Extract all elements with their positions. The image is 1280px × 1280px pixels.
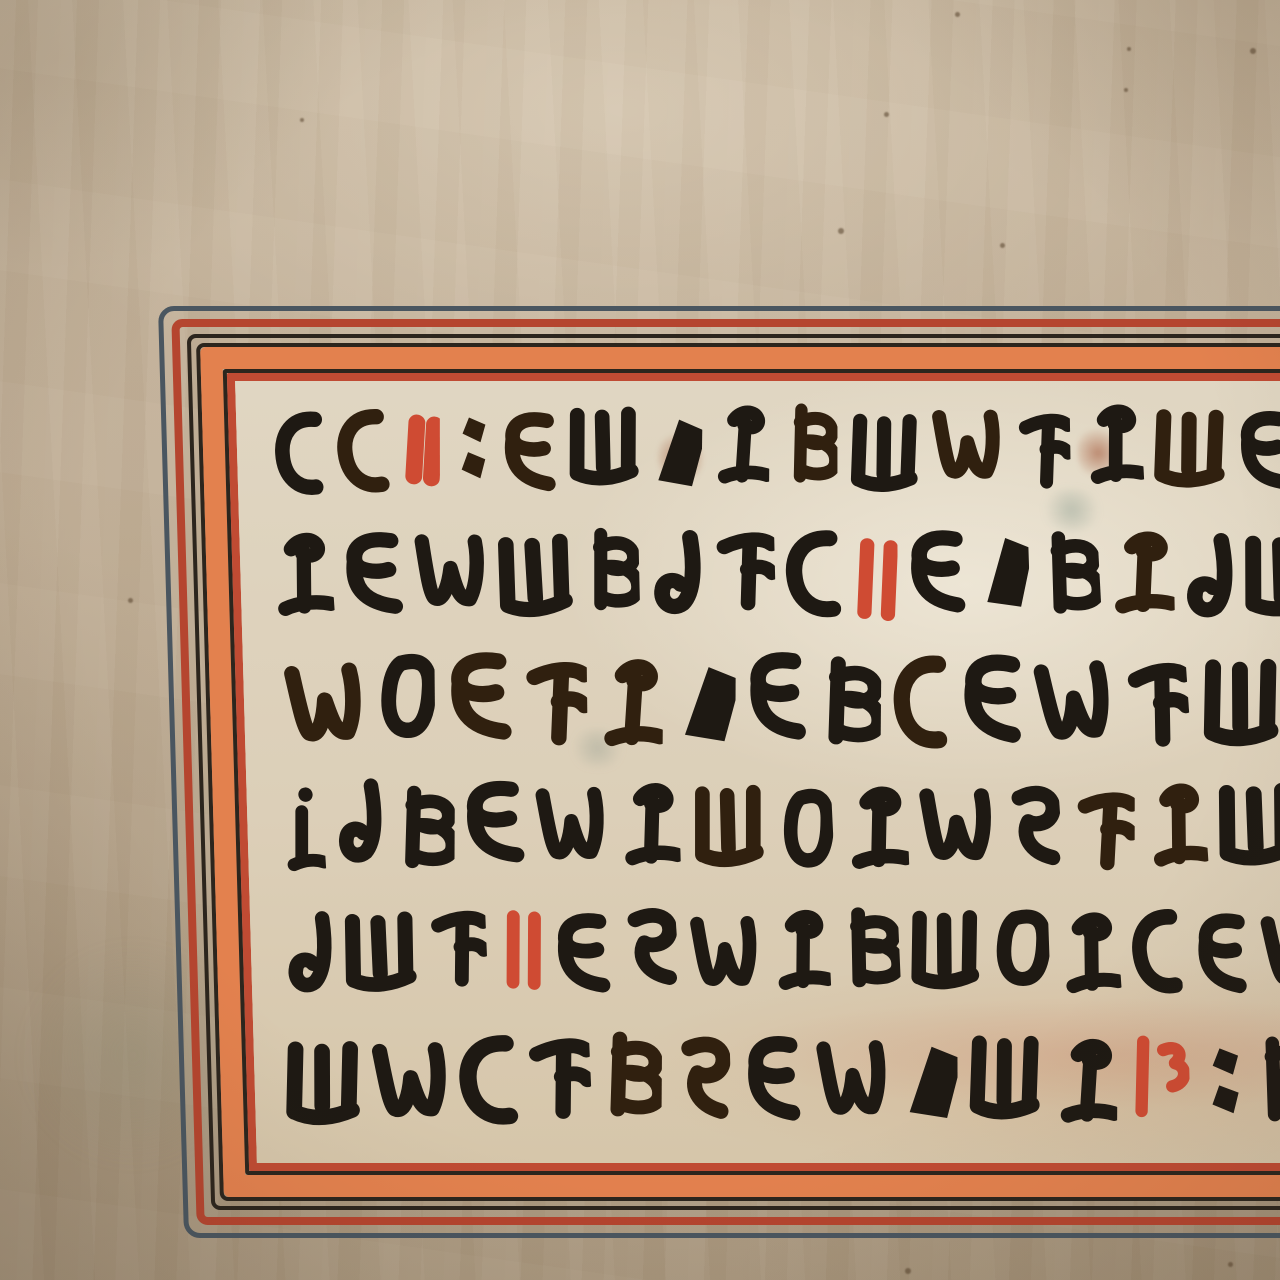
script-glyph — [1193, 908, 1249, 1002]
script-glyph — [531, 778, 608, 874]
script-glyph — [282, 1032, 361, 1133]
orange-paint-chip — [235, 539, 239, 585]
manuscript-panel — [158, 306, 1280, 1238]
script-glyph — [957, 646, 1024, 751]
script-glyph — [518, 651, 588, 755]
script-glyph — [928, 400, 1003, 494]
script-glyph — [331, 404, 390, 498]
paper-speck — [884, 112, 889, 117]
script-glyph — [712, 399, 771, 493]
script-glyph — [564, 400, 640, 493]
script-glyph — [616, 778, 681, 874]
border-black-line-1 — [187, 334, 1280, 1210]
script-glyph — [442, 645, 514, 749]
paper-speck — [1228, 1262, 1233, 1267]
script-glyph — [836, 903, 901, 997]
paper-speck — [838, 228, 844, 234]
script-glyph — [266, 527, 336, 625]
script-glyph — [1196, 1030, 1245, 1129]
script-line — [263, 386, 1280, 512]
script-glyph — [597, 1026, 662, 1127]
script-glyph — [1106, 526, 1175, 623]
script-glyph — [615, 903, 681, 998]
red-danda-mark — [396, 404, 440, 497]
red-danda-mark — [847, 530, 898, 627]
script-glyph — [1037, 526, 1102, 623]
script-glyph — [499, 406, 557, 500]
script-glyph — [646, 526, 704, 623]
script-glyph — [781, 525, 841, 621]
red-danda-mark — [1126, 1028, 1190, 1127]
script-glyph — [373, 645, 436, 749]
script-glyph — [848, 405, 920, 500]
script-glyph — [907, 903, 980, 997]
script-glyph — [1053, 1032, 1117, 1133]
paper-speck — [1000, 243, 1005, 248]
script-glyph — [768, 905, 831, 999]
script-glyph — [458, 775, 526, 873]
script-glyph — [581, 523, 641, 619]
script-glyph — [339, 905, 419, 999]
border-slate-line — [158, 306, 1280, 1238]
border-black-line-3 — [223, 369, 1280, 1175]
paper-speck — [1127, 47, 1131, 51]
script-glyph — [974, 523, 1031, 619]
script-glyph — [273, 780, 327, 878]
script-glyph — [410, 524, 487, 623]
script-glyph — [1239, 527, 1280, 623]
script-glyph — [814, 650, 881, 755]
script-glyph — [669, 1031, 731, 1130]
manuscript-interior — [235, 381, 1280, 1163]
script-glyph — [1151, 401, 1227, 496]
script-glyph — [367, 1033, 450, 1132]
script-glyph — [454, 1030, 518, 1129]
script-glyph — [774, 781, 835, 878]
paper-speck — [1250, 48, 1256, 54]
script-glyph — [1213, 776, 1280, 873]
script-glyph — [1199, 650, 1279, 754]
script-glyph — [890, 649, 948, 754]
manuscript-photo — [0, 0, 1280, 1280]
script-glyph — [448, 400, 490, 493]
script-line — [270, 638, 1280, 764]
script-glyph — [647, 404, 702, 498]
script-glyph — [915, 778, 994, 876]
script-glyph — [1233, 405, 1280, 499]
script-glyph — [842, 781, 910, 878]
script-glyph — [1012, 404, 1071, 497]
script-glyph — [904, 524, 967, 621]
script-glyph — [686, 907, 760, 1001]
script-glyph — [1054, 907, 1122, 1003]
script-glyph — [1028, 650, 1115, 756]
script-glyph — [279, 652, 367, 757]
script-glyph — [966, 1026, 1041, 1128]
script-line — [277, 890, 1280, 1016]
script-glyph — [550, 908, 612, 1002]
script-glyph — [330, 774, 386, 872]
script-glyph — [1178, 529, 1238, 627]
script-line — [274, 764, 1280, 890]
script-glyph — [999, 780, 1064, 878]
script-glyph — [1070, 782, 1134, 880]
red-danda-mark — [495, 903, 544, 997]
script-glyph — [690, 778, 766, 874]
script-glyph — [392, 781, 455, 879]
script-glyph — [520, 1028, 593, 1128]
script-glyph — [423, 902, 488, 996]
border-red-line-inner — [227, 373, 1280, 1171]
script-glyph — [782, 399, 837, 493]
script-glyph — [897, 1031, 957, 1131]
script-line — [267, 512, 1280, 638]
border-orange-band — [200, 347, 1280, 1197]
border-red-line-outer — [171, 319, 1280, 1225]
script-glyph — [709, 523, 776, 619]
script-glyph — [1255, 905, 1280, 1000]
paper-speck — [300, 118, 304, 122]
script-glyph — [1080, 399, 1145, 493]
script-glyph — [672, 650, 735, 755]
script-glyph — [492, 527, 576, 625]
script-glyph — [338, 526, 405, 623]
script-glyph — [272, 406, 323, 500]
script-line — [281, 1016, 1280, 1142]
paper-speck — [1124, 88, 1128, 92]
script-glyph — [742, 645, 808, 749]
script-glyph — [987, 903, 1051, 997]
script-glyph — [1119, 652, 1193, 757]
script-glyph — [1127, 905, 1184, 1000]
script-glyph — [812, 1030, 889, 1129]
paper-speck — [905, 1268, 911, 1274]
border-black-line-2 — [196, 343, 1280, 1201]
paper-speck — [128, 598, 133, 603]
script-glyph — [1251, 1030, 1280, 1131]
paper-speck — [955, 12, 960, 17]
script-glyph — [1142, 778, 1209, 876]
script-glyph — [282, 908, 334, 1001]
script-glyph — [741, 1029, 802, 1128]
script-glyph — [597, 652, 664, 757]
